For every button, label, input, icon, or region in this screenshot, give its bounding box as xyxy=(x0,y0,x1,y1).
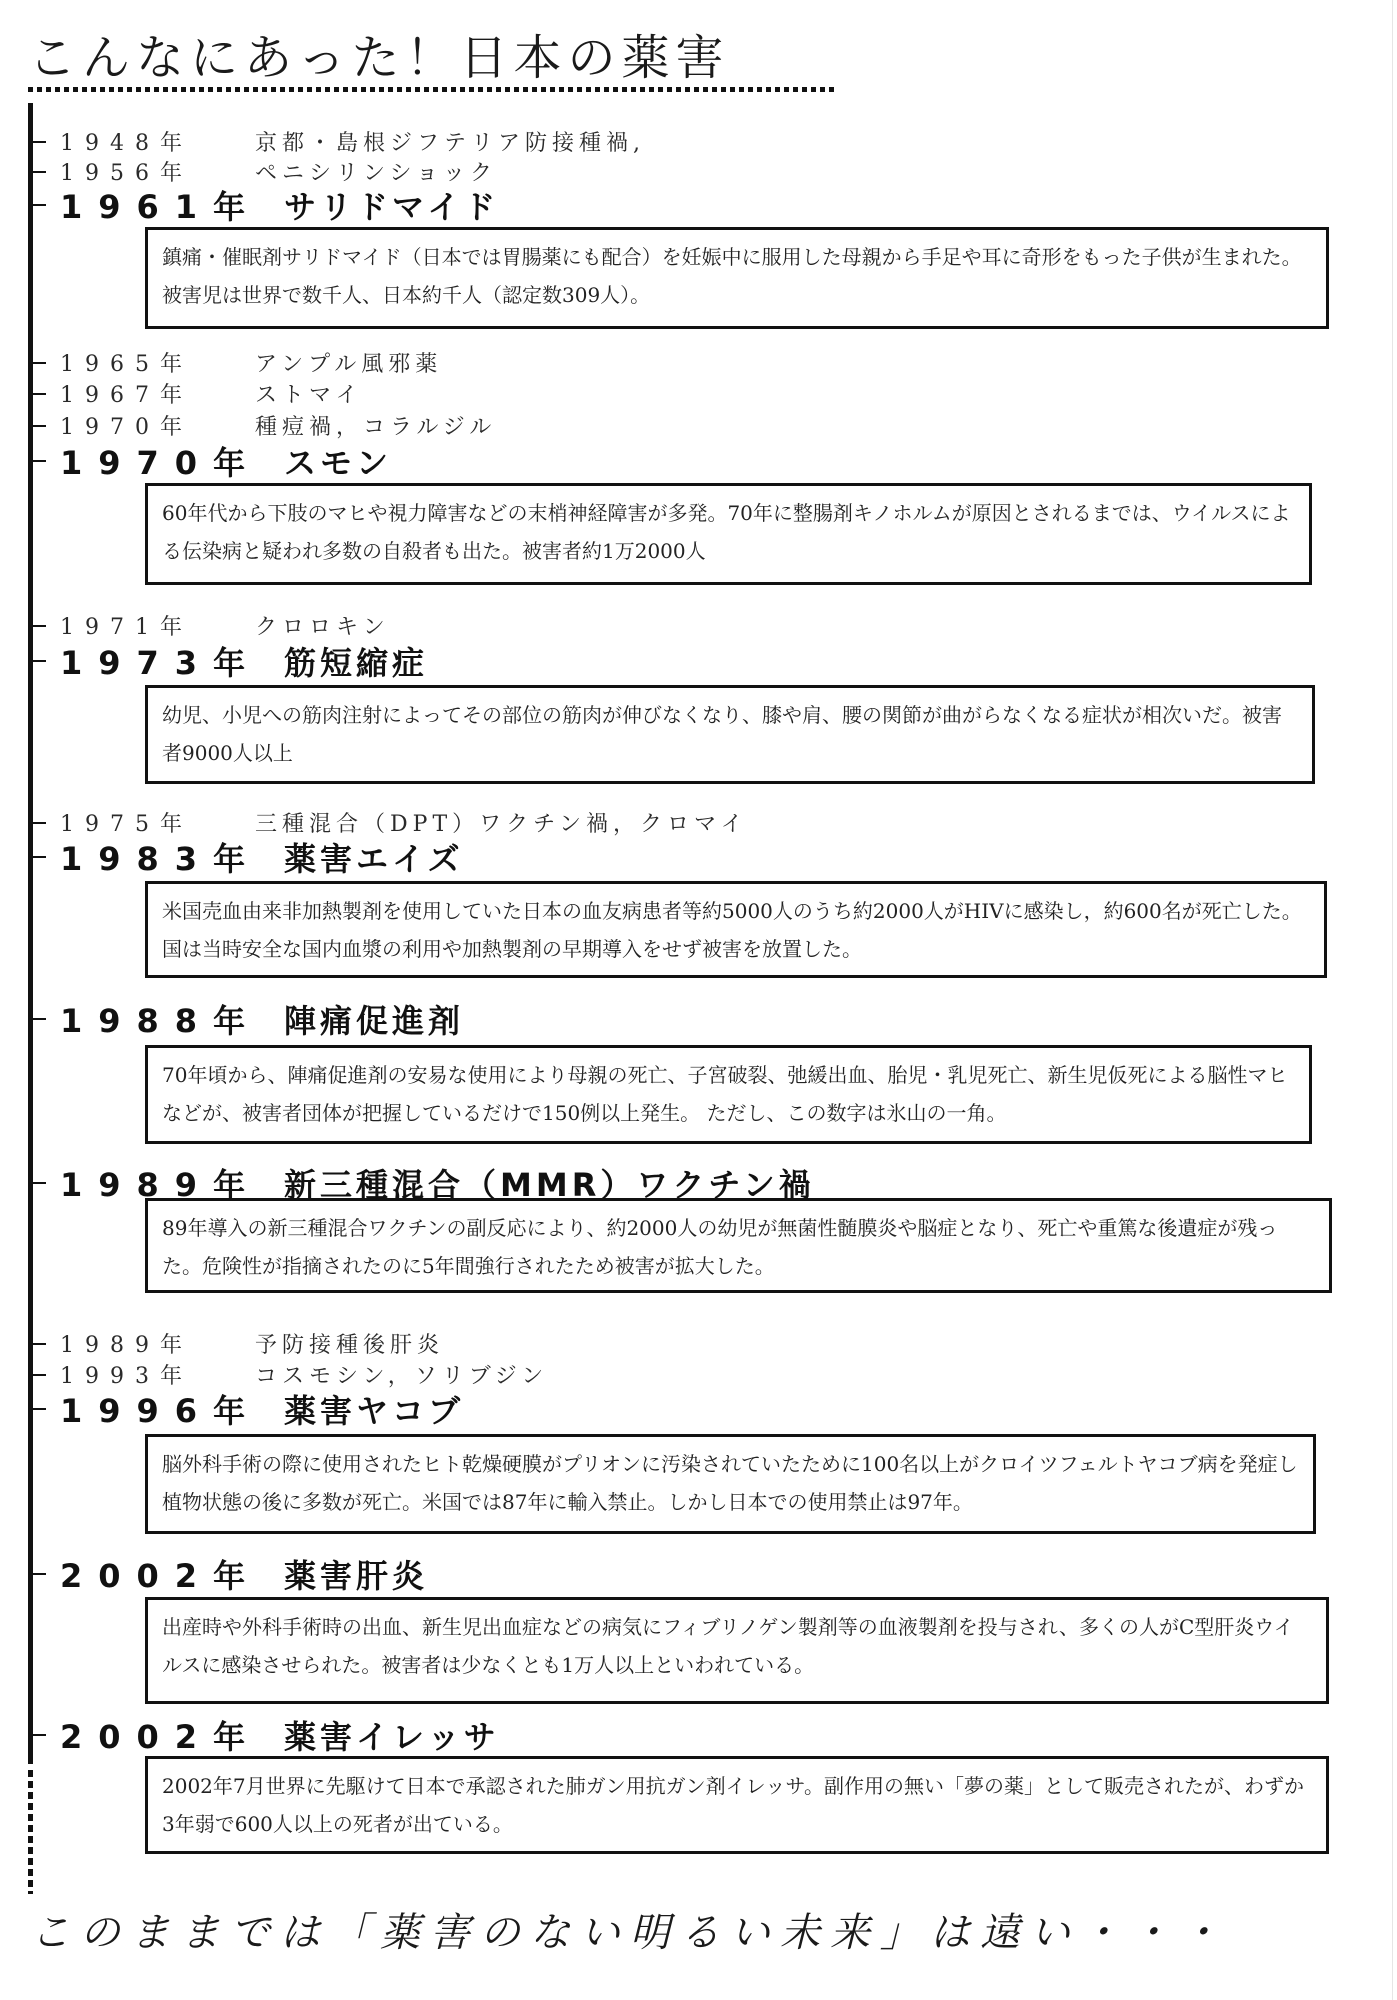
entry-label: アンプル風邪薬 xyxy=(255,347,442,378)
timeline-entry-1965: 1965年 アンプル風邪薬 xyxy=(30,347,442,378)
timeline-tick xyxy=(30,1408,46,1410)
entry-label: クロロキン xyxy=(255,610,390,641)
entry-heading: サリドマイド xyxy=(284,182,499,228)
timeline-entry-2002-hepatitis: 2002年 薬害肝炎 xyxy=(30,1551,428,1597)
timeline-entry-1983: 1983年 薬害エイズ xyxy=(30,834,464,880)
description-box-2002-iressa: 2002年7月世界に先駆けて日本で承認された肺ガン用抗ガン剤イレッサ。副作用の無… xyxy=(145,1756,1329,1854)
page-edge-line xyxy=(1392,0,1393,2000)
timeline-tick xyxy=(30,1182,46,1184)
description-box-1996: 脳外科手術の際に使用されたヒト乾燥硬膜がプリオンに汚染されていたために100名以… xyxy=(145,1434,1316,1534)
entry-heading: 薬害肝炎 xyxy=(284,1551,428,1597)
entry-year: 1971年 xyxy=(60,610,255,641)
entry-year: 1948年 xyxy=(60,126,255,157)
description-box-2002-hepatitis: 出産時や外科手術時の出血、新生児出血症などの病気にフィブリノゲン製剤等の血液製剤… xyxy=(145,1597,1329,1704)
timeline-tick xyxy=(30,856,46,858)
description-box-1983: 米国売血由来非加熱製剤を使用していた日本の血友病患者等約5000人のうち約200… xyxy=(145,881,1327,978)
timeline-tick xyxy=(30,204,46,206)
timeline-tick xyxy=(30,171,46,173)
entry-year: 1983年 xyxy=(60,834,284,880)
entry-year: 1965年 xyxy=(60,347,255,378)
timeline-tick xyxy=(30,460,46,462)
entry-year: 1970年 xyxy=(60,410,255,441)
description-box-1989: 89年導入の新三種混合ワクチンの副反応により、約2000人の幼児が無菌性髄膜炎や… xyxy=(145,1198,1332,1293)
entry-year: 2002年 xyxy=(60,1712,284,1758)
timeline-entry-1970-minor: 1970年 種痘禍，コラルジル xyxy=(30,410,496,441)
timeline-tick xyxy=(30,625,46,627)
timeline-tick xyxy=(30,393,46,395)
timeline-tick xyxy=(30,1573,46,1575)
entry-label: 予防接種後肝炎 xyxy=(255,1328,444,1359)
entry-year: 1973年 xyxy=(60,638,284,684)
description-box-1988: 70年頃から、陣痛促進剤の安易な使用により母親の死亡、子宮破裂、弛緩出血、胎児・… xyxy=(145,1045,1312,1144)
entry-year: 1989年 xyxy=(60,1328,255,1359)
timeline-entry-1970: 1970年 スモン xyxy=(30,438,392,484)
page-title: こんなにあった！日本の薬害 xyxy=(28,30,730,86)
entry-year: 1970年 xyxy=(60,438,284,484)
entry-heading: 陣痛促進剤 xyxy=(284,996,464,1042)
entry-label: 種痘禍，コラルジル xyxy=(255,410,496,441)
timeline-entry-1948: 1948年 京都・島根ジフテリア防接種禍, xyxy=(30,126,645,157)
entry-label: ストマイ xyxy=(255,378,363,409)
entry-year: 1961年 xyxy=(60,182,284,228)
entry-year: 1988年 xyxy=(60,996,284,1042)
timeline-entry-1967: 1967年 ストマイ xyxy=(30,378,363,409)
timeline-entry-1988: 1988年 陣痛促進剤 xyxy=(30,996,464,1042)
timeline-entry-1989-minor: 1989年 予防接種後肝炎 xyxy=(30,1328,444,1359)
entry-heading: スモン xyxy=(284,438,392,484)
timeline-entry-1961: 1961年 サリドマイド xyxy=(30,182,499,228)
entry-heading: 薬害イレッサ xyxy=(284,1712,500,1758)
timeline-tick xyxy=(30,1343,46,1345)
timeline-entry-1973: 1973年 筋短縮症 xyxy=(30,638,428,684)
entry-year: 1967年 xyxy=(60,378,255,409)
description-box-1970: 60年代から下肢のマヒや視力障害などの末梢神経障害が多発。70年に整腸剤キノホル… xyxy=(145,483,1312,585)
entry-heading: 薬害ヤコブ xyxy=(284,1386,464,1432)
entry-heading: 薬害エイズ xyxy=(284,834,464,880)
description-box-1961: 鎮痛・催眠剤サリドマイド（日本では胃腸薬にも配合）を妊娠中に服用した母親から手足… xyxy=(145,227,1329,329)
closing-message: このままでは「薬害のない明るい未来」は遠い・・・ xyxy=(30,1908,1230,1958)
timeline-tick xyxy=(30,660,46,662)
timeline-tick xyxy=(30,822,46,824)
entry-label: 京都・島根ジフテリア防接種禍, xyxy=(255,126,645,157)
timeline-tick xyxy=(30,1018,46,1020)
timeline-tick xyxy=(30,425,46,427)
timeline-tick xyxy=(30,362,46,364)
timeline-tick xyxy=(30,141,46,143)
timeline-entry-1971: 1971年 クロロキン xyxy=(30,610,390,641)
entry-heading: 筋短縮症 xyxy=(284,638,428,684)
timeline-entry-1996: 1996年 薬害ヤコブ xyxy=(30,1386,464,1432)
timeline-axis-continuation xyxy=(28,1770,33,1894)
timeline-entry-2002-iressa: 2002年 薬害イレッサ xyxy=(30,1712,500,1758)
title-dotted-underline xyxy=(28,87,838,92)
timeline-tick xyxy=(30,1734,46,1736)
entry-year: 2002年 xyxy=(60,1551,284,1597)
description-box-1973: 幼児、小児への筋肉注射によってその部位の筋肉が伸びなくなり、膝や肩、腰の関節が曲… xyxy=(145,685,1315,784)
timeline-tick xyxy=(30,1374,46,1376)
entry-year: 1996年 xyxy=(60,1386,284,1432)
